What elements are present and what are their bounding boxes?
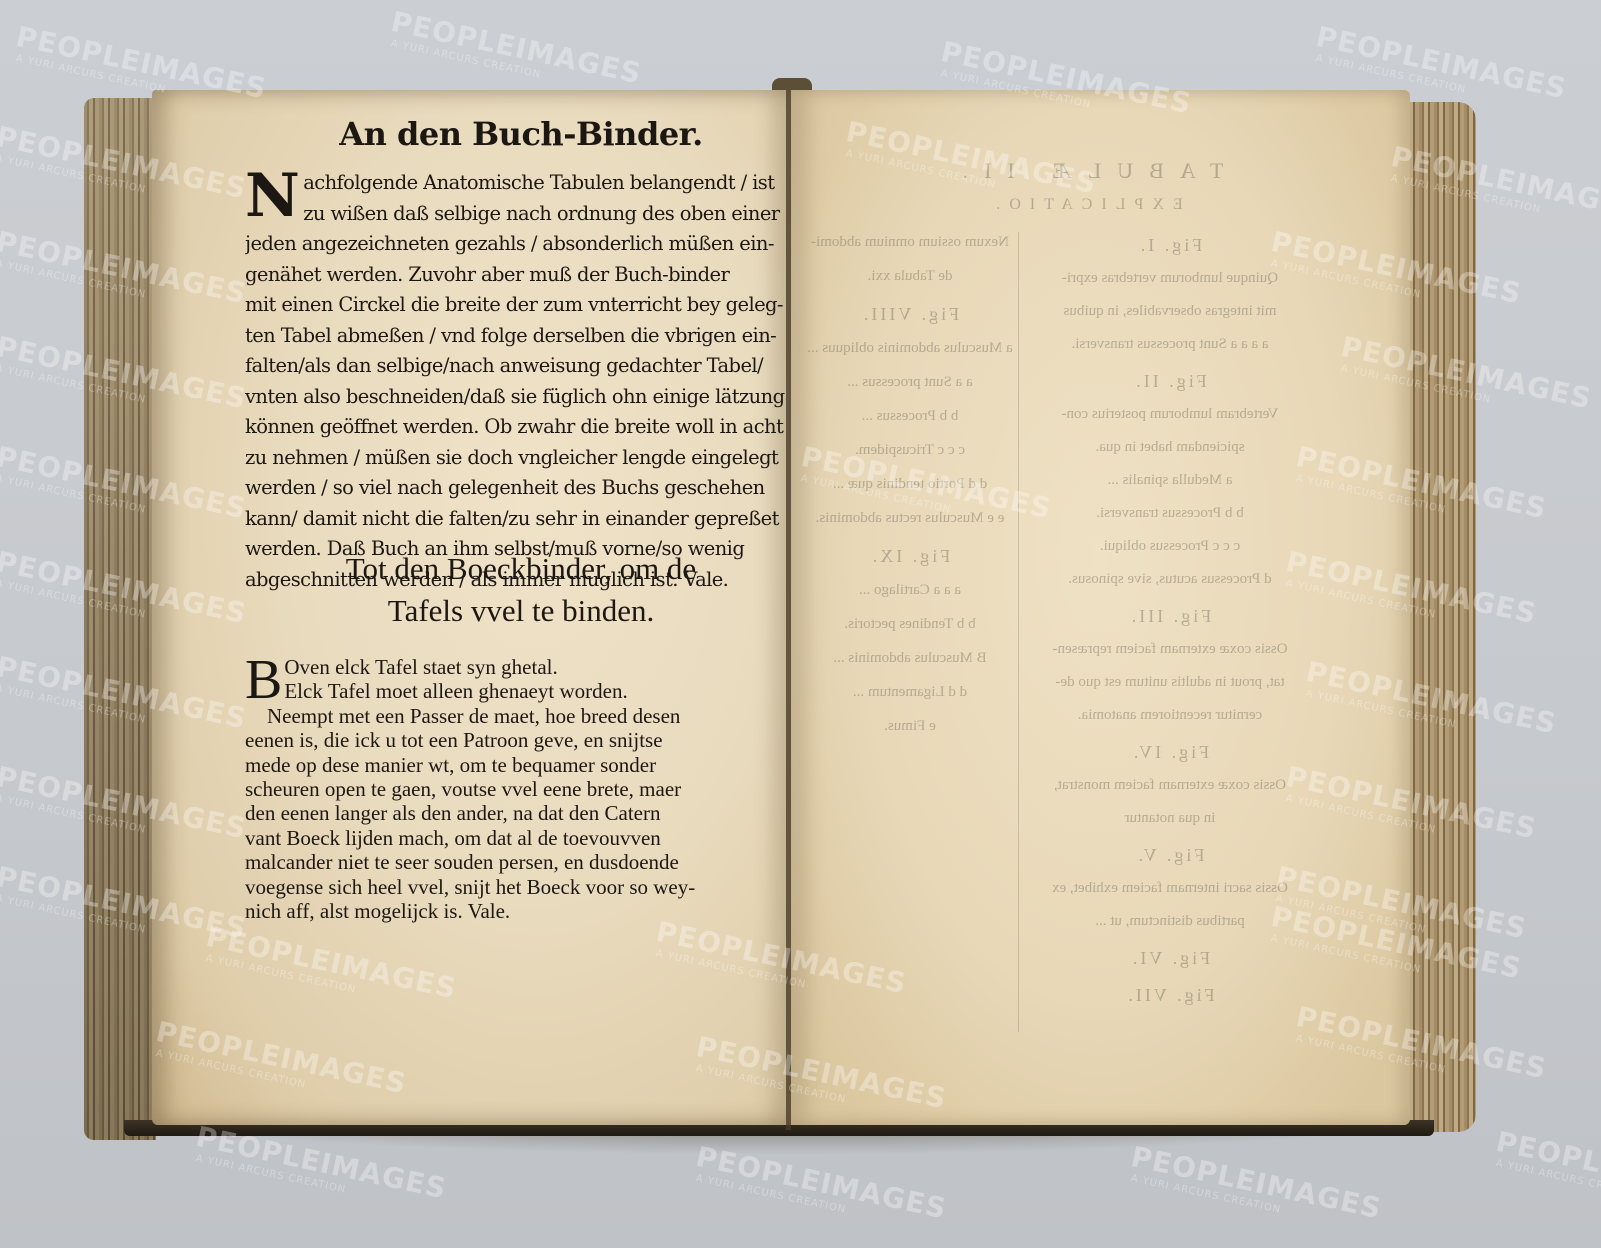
bleed-through-line: Fig. IX.: [800, 539, 1020, 573]
bleed-through-line: tat, prout in adultis unitum est quo de-: [1020, 666, 1320, 699]
bleed-through-line: a a a a Sunt processus transversi.: [1020, 328, 1320, 361]
text-line: Elck Tafel moet alleen ghenaeyt worden.: [284, 679, 797, 703]
bleed-through-line: Fig. VI.: [1020, 942, 1320, 975]
bleed-through-line: Ossis coxæ externam faciem monstrat,: [1020, 769, 1320, 802]
bleed-through-line: d d Ligamentum ...: [800, 675, 1020, 709]
text-line: den eenen langer als den ander, na dat d…: [245, 801, 797, 825]
bleed-through-line: Ossis coxæ externam faciem repræsen-: [1020, 633, 1320, 666]
bleed-through-line: spiciendam habet in qua.: [1020, 431, 1320, 464]
bleed-through-subtitle: EXPLICATIO.: [845, 196, 1325, 214]
bleed-through-line: Fig. V.: [1020, 839, 1320, 872]
text-line: falten/als dan selbige/nach anweisung ge…: [245, 351, 797, 382]
text-line: scheuren open te gaen, voutse vvel eene …: [245, 777, 797, 801]
bleed-through-column-right-side: Nexum ossium omnium abdomi-de Tabula xxi…: [800, 225, 1020, 743]
bleed-through-title: TABULÆ II.: [845, 158, 1325, 184]
bleed-through-line: e Fimus.: [800, 709, 1020, 743]
german-dropcap: N: [245, 170, 299, 222]
bleed-through-line: mit integras observabiles, in quibus: [1020, 295, 1320, 328]
text-line: achfolgende Anatomische Tabulen belangen…: [303, 168, 797, 199]
text-line: nich aff, alst mogelijck is. Vale.: [245, 899, 797, 923]
dutch-heading-line-2: Tafels vvel te binden.: [245, 590, 797, 632]
text-line: mit einen Circkel die breite der zum vnt…: [245, 290, 797, 321]
dutch-heading: Tot den Boeckbinder, om de Tafels vvel t…: [245, 548, 797, 632]
bleed-through-line: Fig. IV.: [1020, 736, 1320, 769]
text-line: eenen is, die ick u tot een Patroon geve…: [245, 728, 797, 752]
bleed-through-line: d d Portio tendinis quæ ...: [800, 467, 1020, 501]
bleed-through-line: a Musculus abdominis obliquus ...: [800, 331, 1020, 365]
bleed-through-line: b b Tendines pectoris.: [800, 607, 1020, 641]
text-line: jeden angezeichneten gezahls / absonderl…: [245, 229, 797, 260]
text-line: werden / so viel nach gelegenheit des Bu…: [245, 473, 797, 504]
dutch-dropcap: B: [245, 657, 282, 703]
bleed-through-line: b b Processus transversi.: [1020, 497, 1320, 530]
bleed-through-line: Quinque lumborum vertebras expri-: [1020, 262, 1320, 295]
bleed-through-line: Vertebram lumborum posterius con-: [1020, 398, 1320, 431]
text-line: Oven elck Tafel staet syn ghetal.: [284, 655, 797, 679]
text-line: zu nehmen / müßen sie doch vngleicher le…: [245, 443, 797, 474]
text-line: mede op dese manier wt, om te bequamer s…: [245, 753, 797, 777]
bleed-through-line: Fig. VII.: [1020, 979, 1320, 1012]
dutch-paragraph: B Oven elck Tafel staet syn ghetal. Elck…: [245, 655, 797, 923]
text-line: ten Tabel abmeßen / vnd folge derselben …: [245, 321, 797, 352]
text-line: kann/ damit nicht die falten/zu sehr in …: [245, 504, 797, 535]
text-line: voegense sich heel vvel, snijt het Boeck…: [245, 875, 797, 899]
bleed-through-line: Fig. VIII.: [800, 297, 1020, 331]
text-line: können geöffnet werden. Ob zwahr die bre…: [245, 412, 797, 443]
bleed-through-line: Fig. I.: [1020, 229, 1320, 262]
left-page-block-edge: [84, 98, 156, 1140]
text-line: malcander niet te seer souden persen, en…: [245, 850, 797, 874]
bleed-through-line: c c c Tricuspidem.: [800, 433, 1020, 467]
bleed-through-line: cernitur recentiorem anatomia.: [1020, 699, 1320, 732]
bleed-through-line: in qua notantur: [1020, 802, 1320, 835]
bleed-through-column-left-side: Fig. I.Quinque lumborum vertebras expri-…: [1020, 225, 1320, 1012]
bleed-through-line: d Processus acutus, sive spinosus.: [1020, 563, 1320, 596]
bleed-through-line: B Musculus abdominis ...: [800, 641, 1020, 675]
bleed-through-line: a a a Cartilago ...: [800, 573, 1020, 607]
bleed-through-line: a a Sunt processus ...: [800, 365, 1020, 399]
bleed-through-line: Fig. III.: [1020, 600, 1320, 633]
text-line: vant Boeck lijden mach, om dat al de toe…: [245, 826, 797, 850]
text-line: genähet werden. Zuvohr aber muß der Buch…: [245, 260, 797, 291]
watermark: PEOPLEIMAGESA YURI ARCURS CREATION: [386, 5, 645, 101]
dutch-heading-line-1: Tot den Boeckbinder, om de: [245, 548, 797, 590]
bleed-through-line: partibus distinctum, ut ...: [1020, 905, 1320, 938]
bleed-through-line: de Tabula xxi.: [800, 259, 1020, 293]
text-line: zu wißen daß selbige nach ordnung des ob…: [303, 199, 797, 230]
bleed-through-line: e e Musculus rectus abdominis.: [800, 501, 1020, 535]
bleed-through-line: Ossis sacri internam faciem exhibet, ex: [1020, 872, 1320, 905]
bleed-through-line: b b Processus ...: [800, 399, 1020, 433]
text-line: Neempt met een Passer de maet, hoe breed…: [245, 704, 797, 728]
german-heading: An den Buch-Binder.: [245, 115, 797, 153]
bleed-through-line: c c c Processus obliqui.: [1020, 530, 1320, 563]
right-page-block-edge: [1404, 102, 1476, 1132]
german-paragraph: N achfolgende Anatomische Tabulen belang…: [245, 168, 797, 595]
watermark: PEOPLEIMAGESA YURI ARCURS CREATION: [1491, 1125, 1601, 1221]
bleed-through-line: Fig. II.: [1020, 365, 1320, 398]
text-line: vnten also beschneiden/daß sie füglich o…: [245, 382, 797, 413]
bleed-through-line: a Medulla spinalis ...: [1020, 464, 1320, 497]
bleed-through-line: Nexum ossium omnium abdomi-: [800, 225, 1020, 259]
